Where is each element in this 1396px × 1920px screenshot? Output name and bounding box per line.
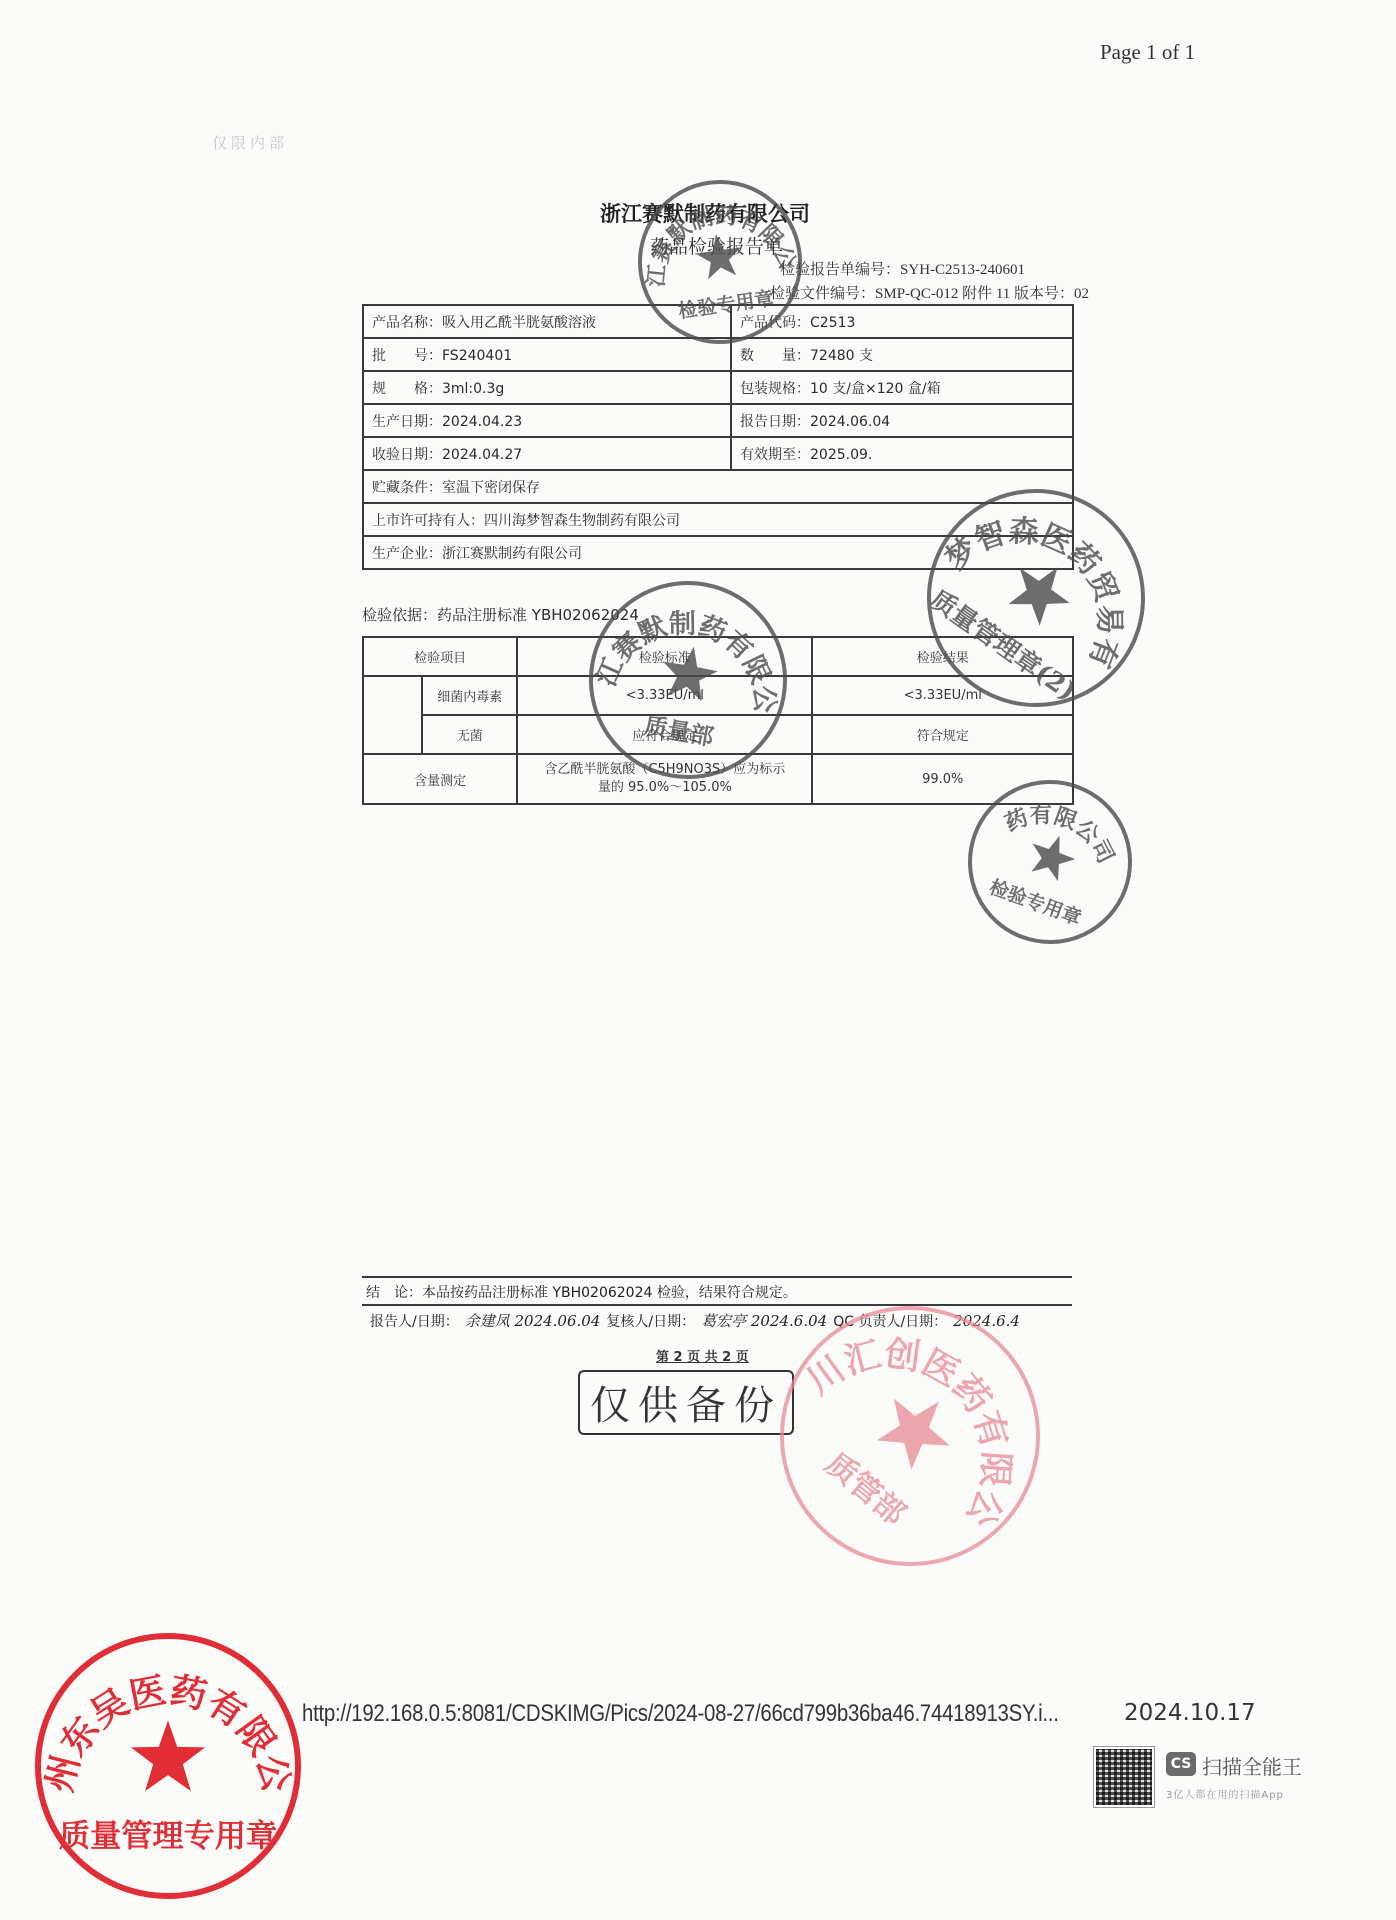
scanner-tagline: 3亿人都在用的扫描App: [1166, 1786, 1284, 1801]
reporter-label: 报告人/日期：: [370, 1311, 459, 1331]
test-item: 含量测定: [363, 754, 517, 804]
page-indicator: Page 1 of 1: [1100, 40, 1195, 65]
info-value: 四川海梦智森生物制药有限公司: [484, 513, 680, 529]
info-cell-left: 收验日期：2024.04.27: [363, 437, 731, 470]
camscanner-logo-icon: CS: [1166, 1752, 1196, 1776]
test-result: 符合规定: [812, 715, 1073, 754]
source-url: http://192.168.0.5:8081/CDSKIMG/Pics/202…: [302, 1700, 1059, 1728]
info-cell-left: 规 格：3ml:0.3g: [363, 371, 731, 404]
stamp-red: 苏州东吴医药有限公司 质量管理专用章: [28, 1626, 308, 1906]
info-label: 批 号：: [372, 348, 442, 364]
info-cell-right: 报告日期：2024.06.04: [731, 404, 1073, 437]
stamp-middle: 浙江赛默制药有限公司 质量部: [581, 573, 795, 787]
group-cell: [363, 676, 422, 754]
info-value: FS240401: [442, 348, 512, 364]
info-label: 产品名称：: [372, 315, 442, 331]
svg-text:检验专用章: 检验专用章: [986, 875, 1084, 929]
info-cell-right: 有效期至：2025.09.: [731, 437, 1073, 470]
info-label: 贮藏条件：: [372, 480, 442, 496]
info-value: 吸入用乙酰半胱氨酸溶液: [442, 315, 596, 331]
info-cell-left: 生产日期：2024.04.23: [363, 404, 731, 437]
test-item: 细菌内毒素: [422, 676, 517, 715]
info-label: 报告日期：: [740, 414, 810, 430]
info-label: 生产日期：: [372, 414, 442, 430]
info-cell-right: 包装规格：10 支/盒×120 盒/箱: [731, 371, 1073, 404]
report-number: 检验报告单编号：SYH-C2513-240601: [780, 258, 1025, 279]
info-label: 规 格：: [372, 381, 442, 397]
info-value: 2024.04.27: [442, 447, 522, 463]
test-item: 无菌: [422, 715, 517, 754]
file-number-value: SMP-QC-012 附件 11 版本号：02: [875, 286, 1089, 302]
info-label: 包装规格：: [740, 381, 810, 397]
report-number-value: SYH-C2513-240601: [900, 262, 1025, 278]
info-label: 收验日期：: [372, 447, 442, 463]
scanner-app-name: 扫描全能王: [1202, 1751, 1302, 1780]
svg-text:浙江赛默制药有限公司: 浙江赛默制药有限公司: [604, 141, 801, 295]
info-value: C2513: [810, 315, 855, 331]
file-number: 检验文件编号：SMP-QC-012 附件 11 版本号：02: [770, 282, 1089, 303]
reporter-signature: 余建凤 2024.06.04: [465, 1310, 601, 1331]
stamp-right-small: 药有限公司 检验专用章: [960, 772, 1140, 952]
stamp-right: 四川海梦智森医药贸易有限公司 质量管理章(2): [919, 481, 1153, 715]
info-label: 上市许可持有人：: [372, 513, 484, 529]
info-value: 72480 支: [810, 348, 873, 364]
conclusion: 结 论：本品按药品注册标准 YBH02062024 检验，结果符合规定。: [366, 1282, 797, 1302]
info-value: 浙江赛默制药有限公司: [442, 546, 582, 562]
info-value: 10 支/盒×120 盒/箱: [810, 381, 941, 397]
info-value: 2024.04.23: [442, 414, 522, 430]
info-row: 收验日期：2024.04.27有效期至：2025.09.: [363, 437, 1073, 470]
print-date: 2024.10.17: [1124, 1700, 1256, 1726]
svg-text:质量管理专用章: 质量管理专用章: [59, 1819, 277, 1855]
divider: [362, 1276, 1072, 1278]
info-value: 2024.06.04: [810, 414, 890, 430]
info-value: 室温下密闭保存: [442, 480, 540, 496]
info-row: 规 格：3ml:0.3g包装规格：10 支/盒×120 盒/箱: [363, 371, 1073, 404]
info-label: 有效期至：: [740, 447, 810, 463]
faint-mark: 仅限内部: [212, 132, 288, 153]
backup-stamp: 仅供备份: [578, 1370, 794, 1435]
info-row: 生产日期：2024.04.23报告日期：2024.06.04: [363, 404, 1073, 437]
stamp-pink: 四川汇创医药有限公司 质管部: [772, 1298, 1048, 1574]
svg-text:四川汇创医药有限公司: 四川汇创医药有限公司: [771, 1205, 1118, 1542]
svg-text:质量部: 质量部: [642, 712, 716, 751]
qr-code-icon: [1094, 1747, 1154, 1807]
conclusion-label: 结 论：: [366, 1285, 422, 1301]
info-value: 2025.09.: [810, 447, 872, 463]
svg-text:质管部: 质管部: [819, 1446, 913, 1533]
conclusion-text: 本品按药品注册标准 YBH02062024 检验，结果符合规定。: [422, 1285, 797, 1301]
svg-text:检验专用章: 检验专用章: [677, 287, 775, 323]
info-value: 3ml:0.3g: [442, 381, 504, 397]
header-item: 检验项目: [363, 637, 517, 676]
basis-label: 检验依据：: [362, 606, 437, 624]
page-number: 第 2 页 共 2 页: [656, 1346, 749, 1365]
reviewer-label: 复核人/日期：: [606, 1311, 695, 1331]
stamp-top: 浙江赛默制药有限公司 检验专用章: [630, 172, 810, 352]
info-label: 生产企业：: [372, 546, 442, 562]
